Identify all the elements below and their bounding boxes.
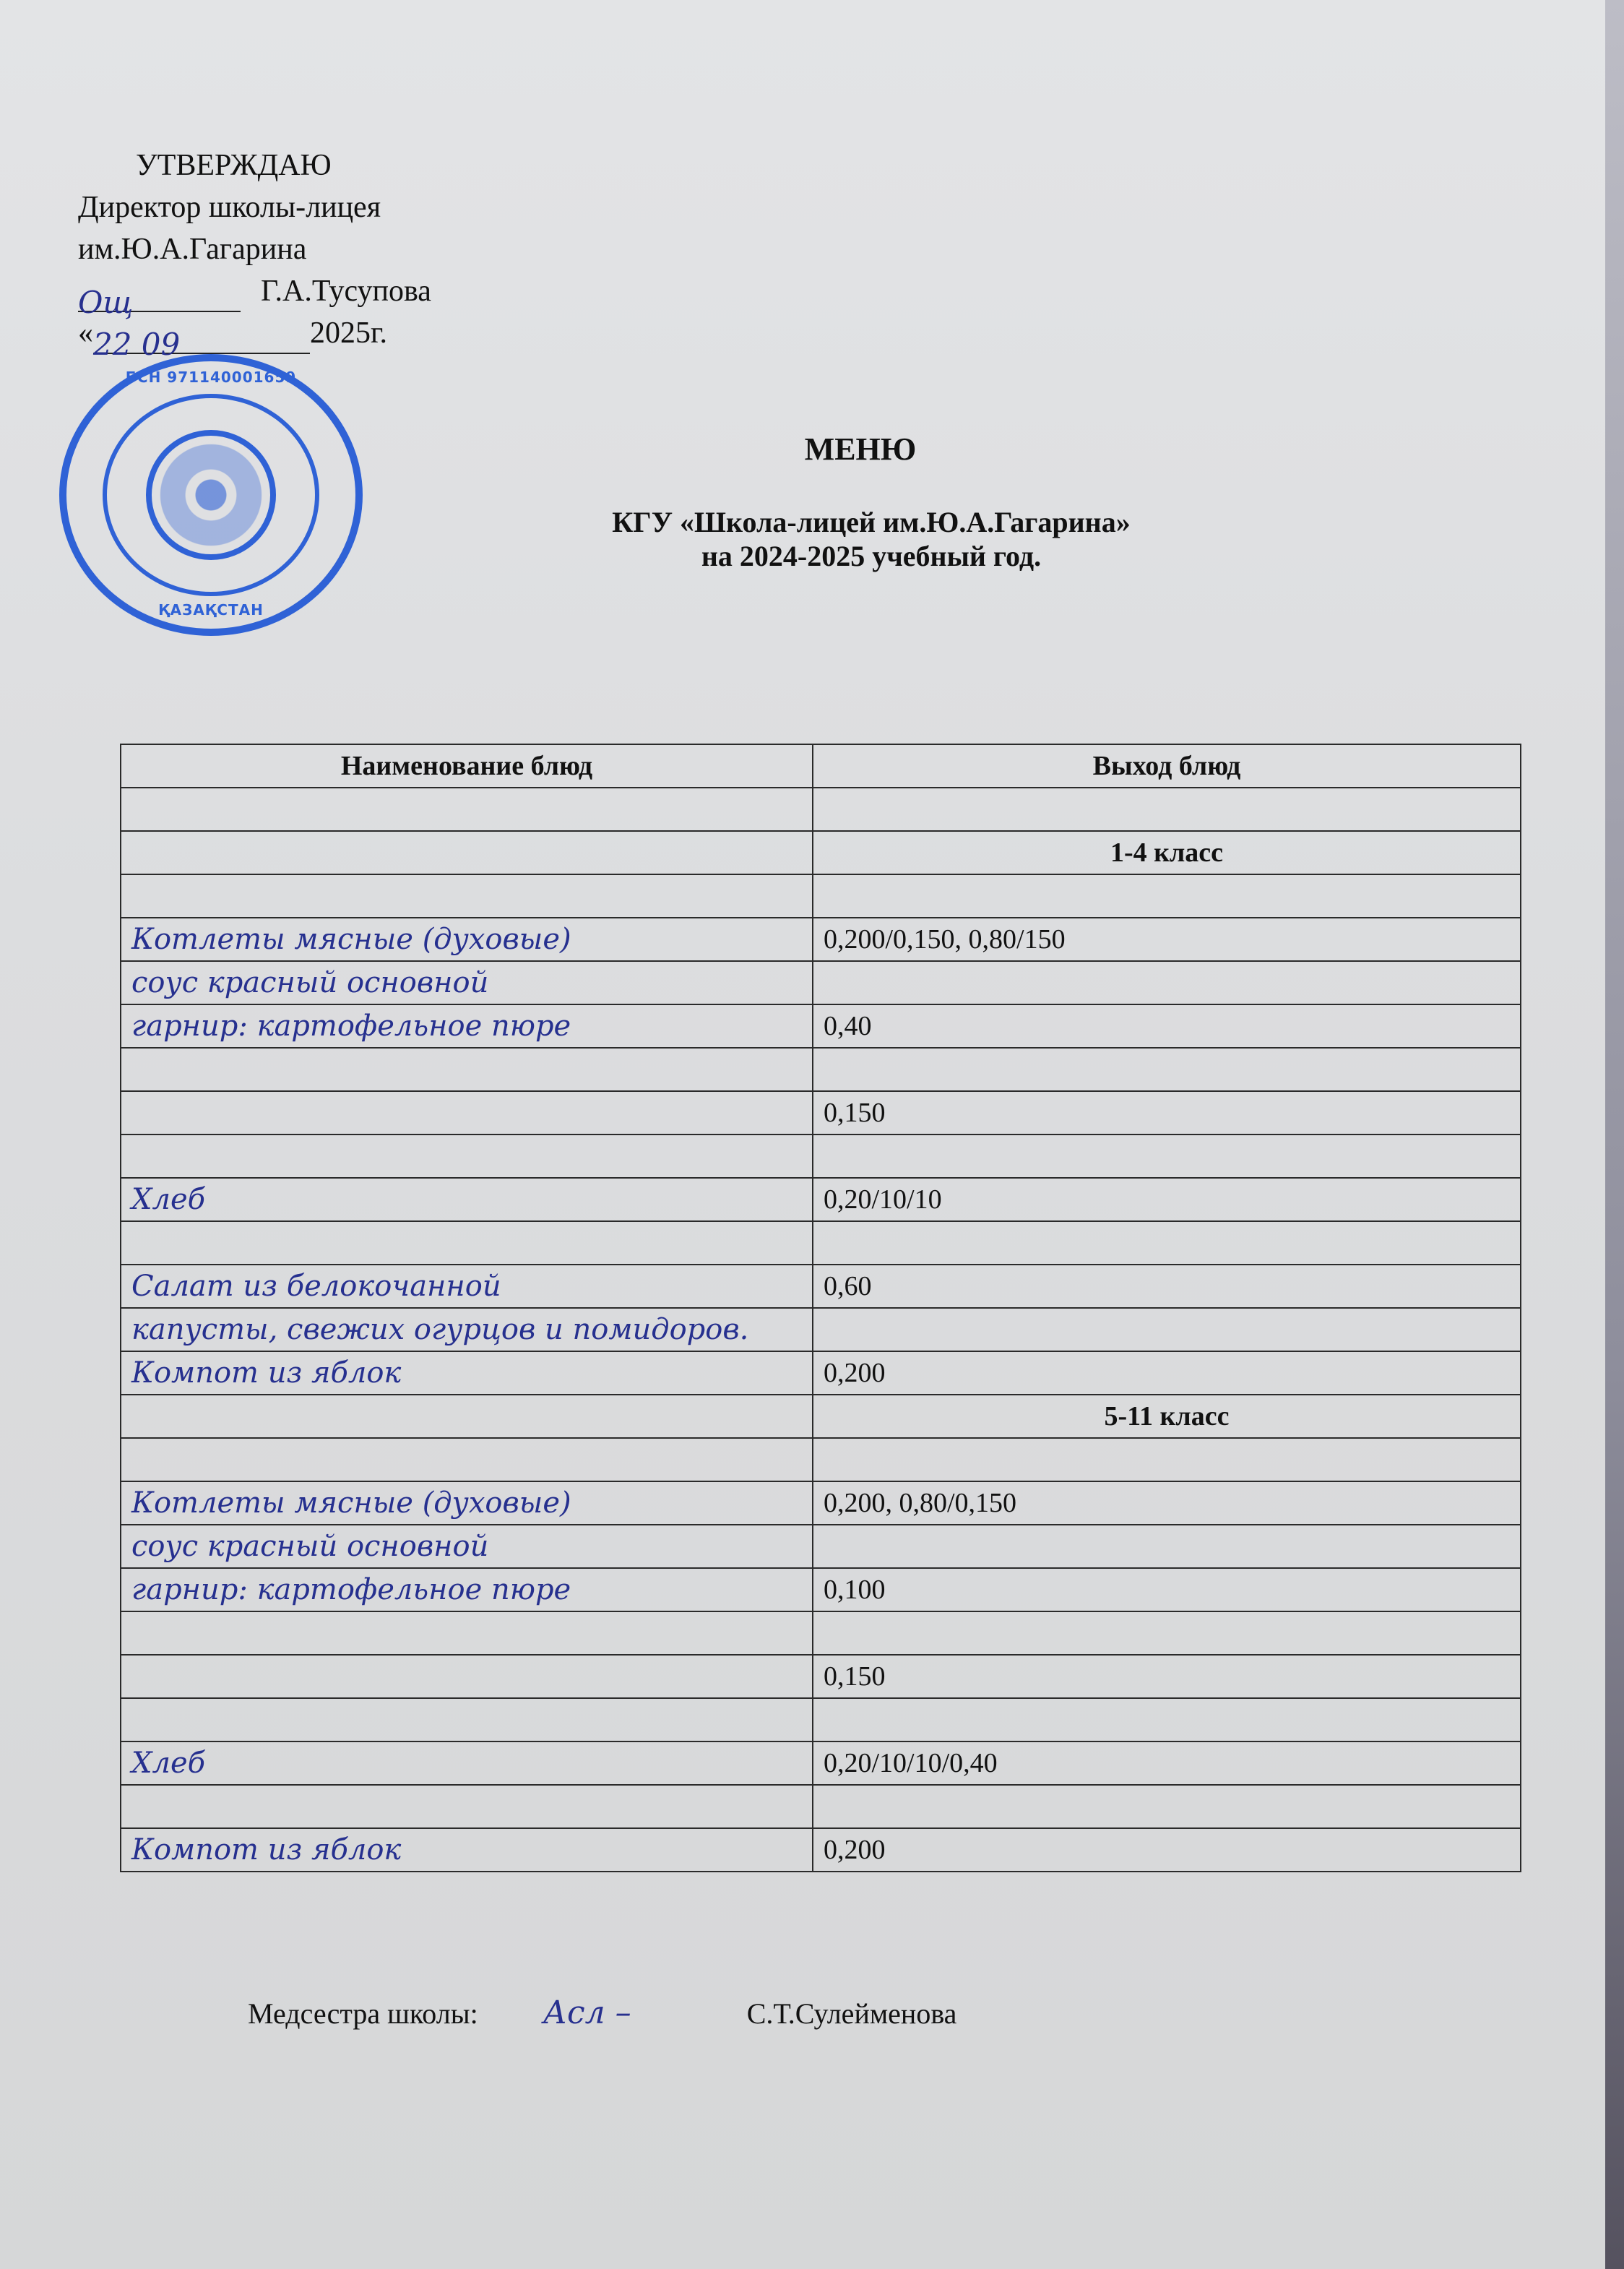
class-group-label: 5-11 класс <box>813 1395 1521 1438</box>
title-main: МЕНЮ <box>116 431 1605 468</box>
dish-output-cell: 0,150 <box>813 1091 1521 1134</box>
dish-name-cell <box>121 874 813 918</box>
date-handwritten: 22 09 <box>93 327 180 362</box>
document-page: УТВЕРЖДАЮ Директор школы-лицея им.Ю.А.Га… <box>0 0 1605 2269</box>
dish-output-cell: 0,200/0,150, 0,80/150 <box>813 918 1521 961</box>
table-row: гарнир: картофельное пюре0,100 <box>121 1568 1521 1611</box>
dish-name-cell <box>121 1134 813 1178</box>
dish-output-cell <box>813 1438 1521 1481</box>
table-row: Хлеб0,20/10/10/0,40 <box>121 1741 1521 1785</box>
approval-year: 2025г. <box>310 317 387 350</box>
dish-name-cell <box>121 1048 813 1091</box>
dish-name-cell: Компот из яблок <box>121 1828 813 1872</box>
dish-name-cell <box>121 1438 813 1481</box>
dish-output-cell <box>813 961 1521 1004</box>
table-row: Компот из яблок0,200 <box>121 1828 1521 1872</box>
approval-school: им.Ю.А.Гагарина <box>78 228 431 270</box>
table-row <box>121 1438 1521 1481</box>
background-edge <box>1605 0 1624 2269</box>
dish-output-cell <box>813 788 1521 831</box>
table-row: Компот из яблок0,200 <box>121 1351 1521 1395</box>
table-row: Салат из белокочанной0,60 <box>121 1265 1521 1308</box>
dish-name-cell: гарнир: картофельное пюре <box>121 1004 813 1048</box>
dish-name-cell <box>121 1395 813 1438</box>
dish-output-cell: 0,200 <box>813 1828 1521 1872</box>
dish-name-cell: гарнир: картофельное пюре <box>121 1568 813 1611</box>
dish-name-cell: капусты, свежих огурцов и помидоров. <box>121 1308 813 1351</box>
dish-output-cell: 0,20/10/10 <box>813 1178 1521 1221</box>
table-row: 0,150 <box>121 1655 1521 1698</box>
dish-output-cell <box>813 1785 1521 1828</box>
table-row: 0,150 <box>121 1091 1521 1134</box>
dish-output-cell <box>813 1134 1521 1178</box>
document-title: МЕНЮ КГУ «Школа-лицей им.Ю.А.Гагарина» н… <box>0 431 1605 573</box>
nurse-label: Медсестра школы: <box>248 1997 478 2030</box>
title-org: КГУ «Школа-лицей им.Ю.А.Гагарина» <box>137 505 1605 539</box>
dish-output-cell <box>813 1308 1521 1351</box>
dish-name-cell <box>121 788 813 831</box>
dish-output-cell: 0,60 <box>813 1265 1521 1308</box>
dish-name-cell <box>121 1655 813 1698</box>
dish-name-cell <box>121 1611 813 1655</box>
header-dish-output: Выход блюд <box>813 744 1521 788</box>
table-row: соус красный основной <box>121 1525 1521 1568</box>
dish-output-cell <box>813 1221 1521 1265</box>
date-line: 22 09 <box>93 324 310 354</box>
dish-name-cell: соус красный основной <box>121 1525 813 1568</box>
dish-output-cell: 0,20/10/10/0,40 <box>813 1741 1521 1785</box>
dish-name-cell: Хлеб <box>121 1178 813 1221</box>
dish-output-cell: 0,200 <box>813 1351 1521 1395</box>
dish-name-cell: Хлеб <box>121 1741 813 1785</box>
dish-output-cell <box>813 1611 1521 1655</box>
approval-position: Директор школы-лицея <box>78 186 431 228</box>
dish-output-cell: 0,100 <box>813 1568 1521 1611</box>
dish-name-cell <box>121 831 813 874</box>
class-group-label: 1-4 класс <box>813 831 1521 874</box>
dish-name-cell <box>121 1091 813 1134</box>
title-period: на 2024-2025 учебный год. <box>137 539 1605 573</box>
dish-name-cell <box>121 1785 813 1828</box>
table-row: соус красный основной <box>121 961 1521 1004</box>
footer-signature: Медсестра школы: Асл – С.Т.Сулейменова <box>248 1994 956 2031</box>
dish-name-cell: Компот из яблок <box>121 1351 813 1395</box>
dish-name-cell: соус красный основной <box>121 961 813 1004</box>
table-row <box>121 874 1521 918</box>
dish-name-cell: Котлеты мясные (духовые) <box>121 918 813 961</box>
table-row <box>121 1221 1521 1265</box>
table-row <box>121 788 1521 831</box>
table-row: Котлеты мясные (духовые)0,200/0,150, 0,8… <box>121 918 1521 961</box>
nurse-name: С.Т.Сулейменова <box>747 1997 957 2030</box>
stamp-center-label: ҚАЗАҚСТАН <box>66 601 355 619</box>
stamp-bin: БСН 971140001659 <box>66 369 355 386</box>
approval-heading: УТВЕРЖДАЮ <box>78 145 431 186</box>
table-row: гарнир: картофельное пюре0,40 <box>121 1004 1521 1048</box>
dish-output-cell: 0,150 <box>813 1655 1521 1698</box>
dish-output-cell <box>813 1698 1521 1741</box>
table-row <box>121 1048 1521 1091</box>
table-row: Котлеты мясные (духовые)0,200, 0,80/0,15… <box>121 1481 1521 1525</box>
table-row: капусты, свежих огурцов и помидоров. <box>121 1308 1521 1351</box>
dish-output-cell: 0,40 <box>813 1004 1521 1048</box>
dish-name-cell <box>121 1698 813 1741</box>
table-row <box>121 1134 1521 1178</box>
section-row: 1-4 класс <box>121 831 1521 874</box>
section-row: 5-11 класс <box>121 1395 1521 1438</box>
menu-table: Наименование блюд Выход блюд 1-4 классКо… <box>120 744 1521 1872</box>
dish-output-cell <box>813 874 1521 918</box>
header-dish-name: Наименование блюд <box>121 744 813 788</box>
table-row: Хлеб0,20/10/10 <box>121 1178 1521 1221</box>
director-signature-line: Ощ <box>78 282 241 312</box>
dish-output-cell <box>813 1525 1521 1568</box>
dish-output-cell: 0,200, 0,80/0,150 <box>813 1481 1521 1525</box>
dish-output-cell <box>813 1048 1521 1091</box>
dish-name-cell: Салат из белокочанной <box>121 1265 813 1308</box>
table-header-row: Наименование блюд Выход блюд <box>121 744 1521 788</box>
table-row <box>121 1785 1521 1828</box>
dish-name-cell <box>121 1221 813 1265</box>
director-name: Г.А.Тусупова <box>261 275 431 308</box>
nurse-signature: Асл – <box>543 1994 631 2031</box>
date-prefix: « <box>78 317 93 350</box>
menu-table-body: 1-4 классКотлеты мясные (духовые)0,200/0… <box>121 788 1521 1872</box>
dish-name-cell: Котлеты мясные (духовые) <box>121 1481 813 1525</box>
table-row <box>121 1698 1521 1741</box>
approval-block: УТВЕРЖДАЮ Директор школы-лицея им.Ю.А.Га… <box>78 145 431 354</box>
table-row <box>121 1611 1521 1655</box>
